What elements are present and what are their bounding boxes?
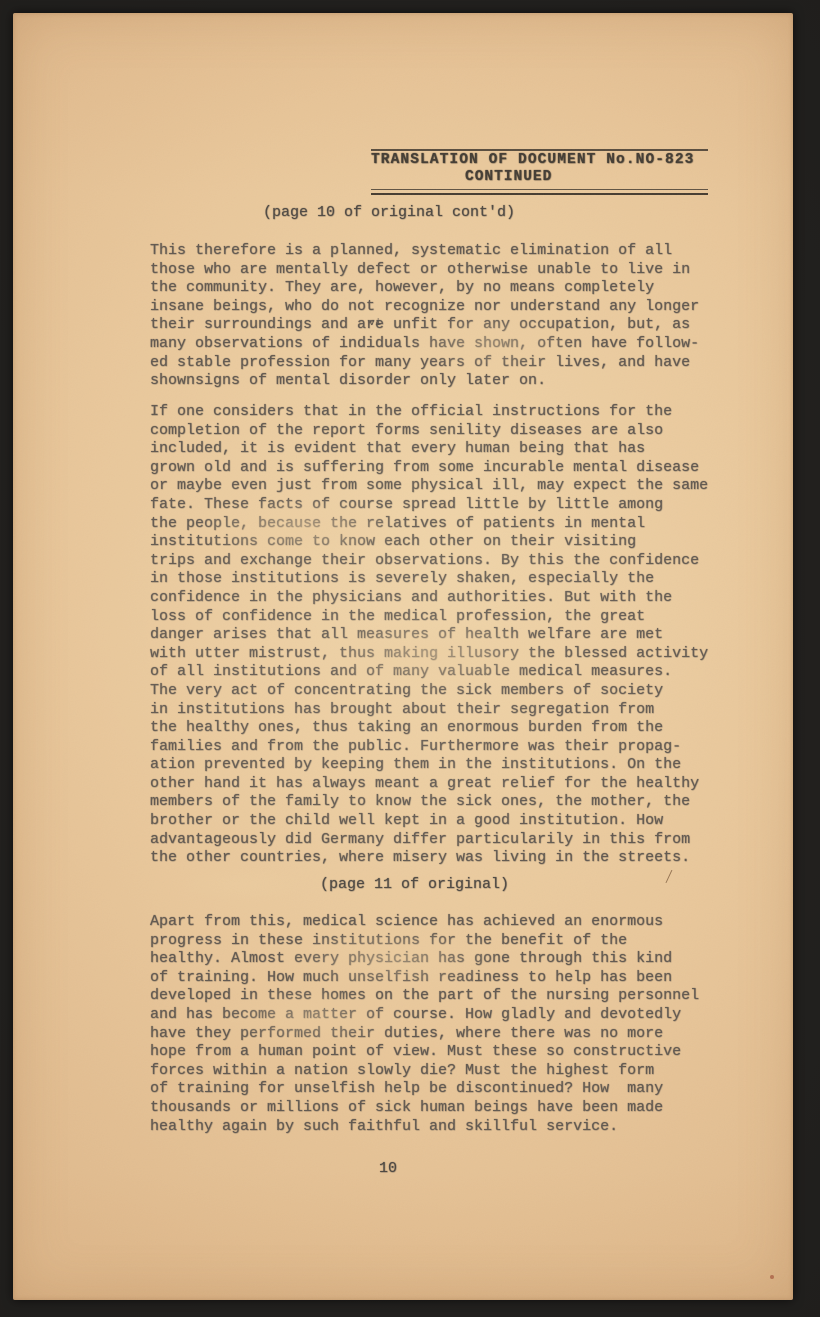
body-paragraph-2: If one considers that in the official in… <box>150 403 708 868</box>
page-11-note: (page 11 of original) <box>320 876 509 895</box>
scan-background: TRANSLATION OF DOCUMENT No.NO-823 CONTIN… <box>0 0 820 1317</box>
page-10-note: (page 10 of original cont'd) <box>263 204 515 223</box>
paper-speck <box>770 1275 774 1279</box>
typed-insertion-vi-mark: vi <box>369 317 381 328</box>
body-paragraph-3: Apart from this, medical science has ach… <box>150 913 699 1136</box>
header-underline-rule <box>371 189 708 195</box>
document-header-title: TRANSLATION OF DOCUMENT No.NO-823 <box>371 151 708 168</box>
pencil-slash-mark: / <box>665 866 673 889</box>
body-paragraph-1: This therefore is a planned, systematic … <box>150 242 699 391</box>
document-header: TRANSLATION OF DOCUMENT No.NO-823 CONTIN… <box>371 149 708 195</box>
page-number: 10 <box>379 1160 397 1179</box>
document-page: TRANSLATION OF DOCUMENT No.NO-823 CONTIN… <box>13 13 793 1300</box>
document-header-continued-label: CONTINUED <box>465 169 708 185</box>
